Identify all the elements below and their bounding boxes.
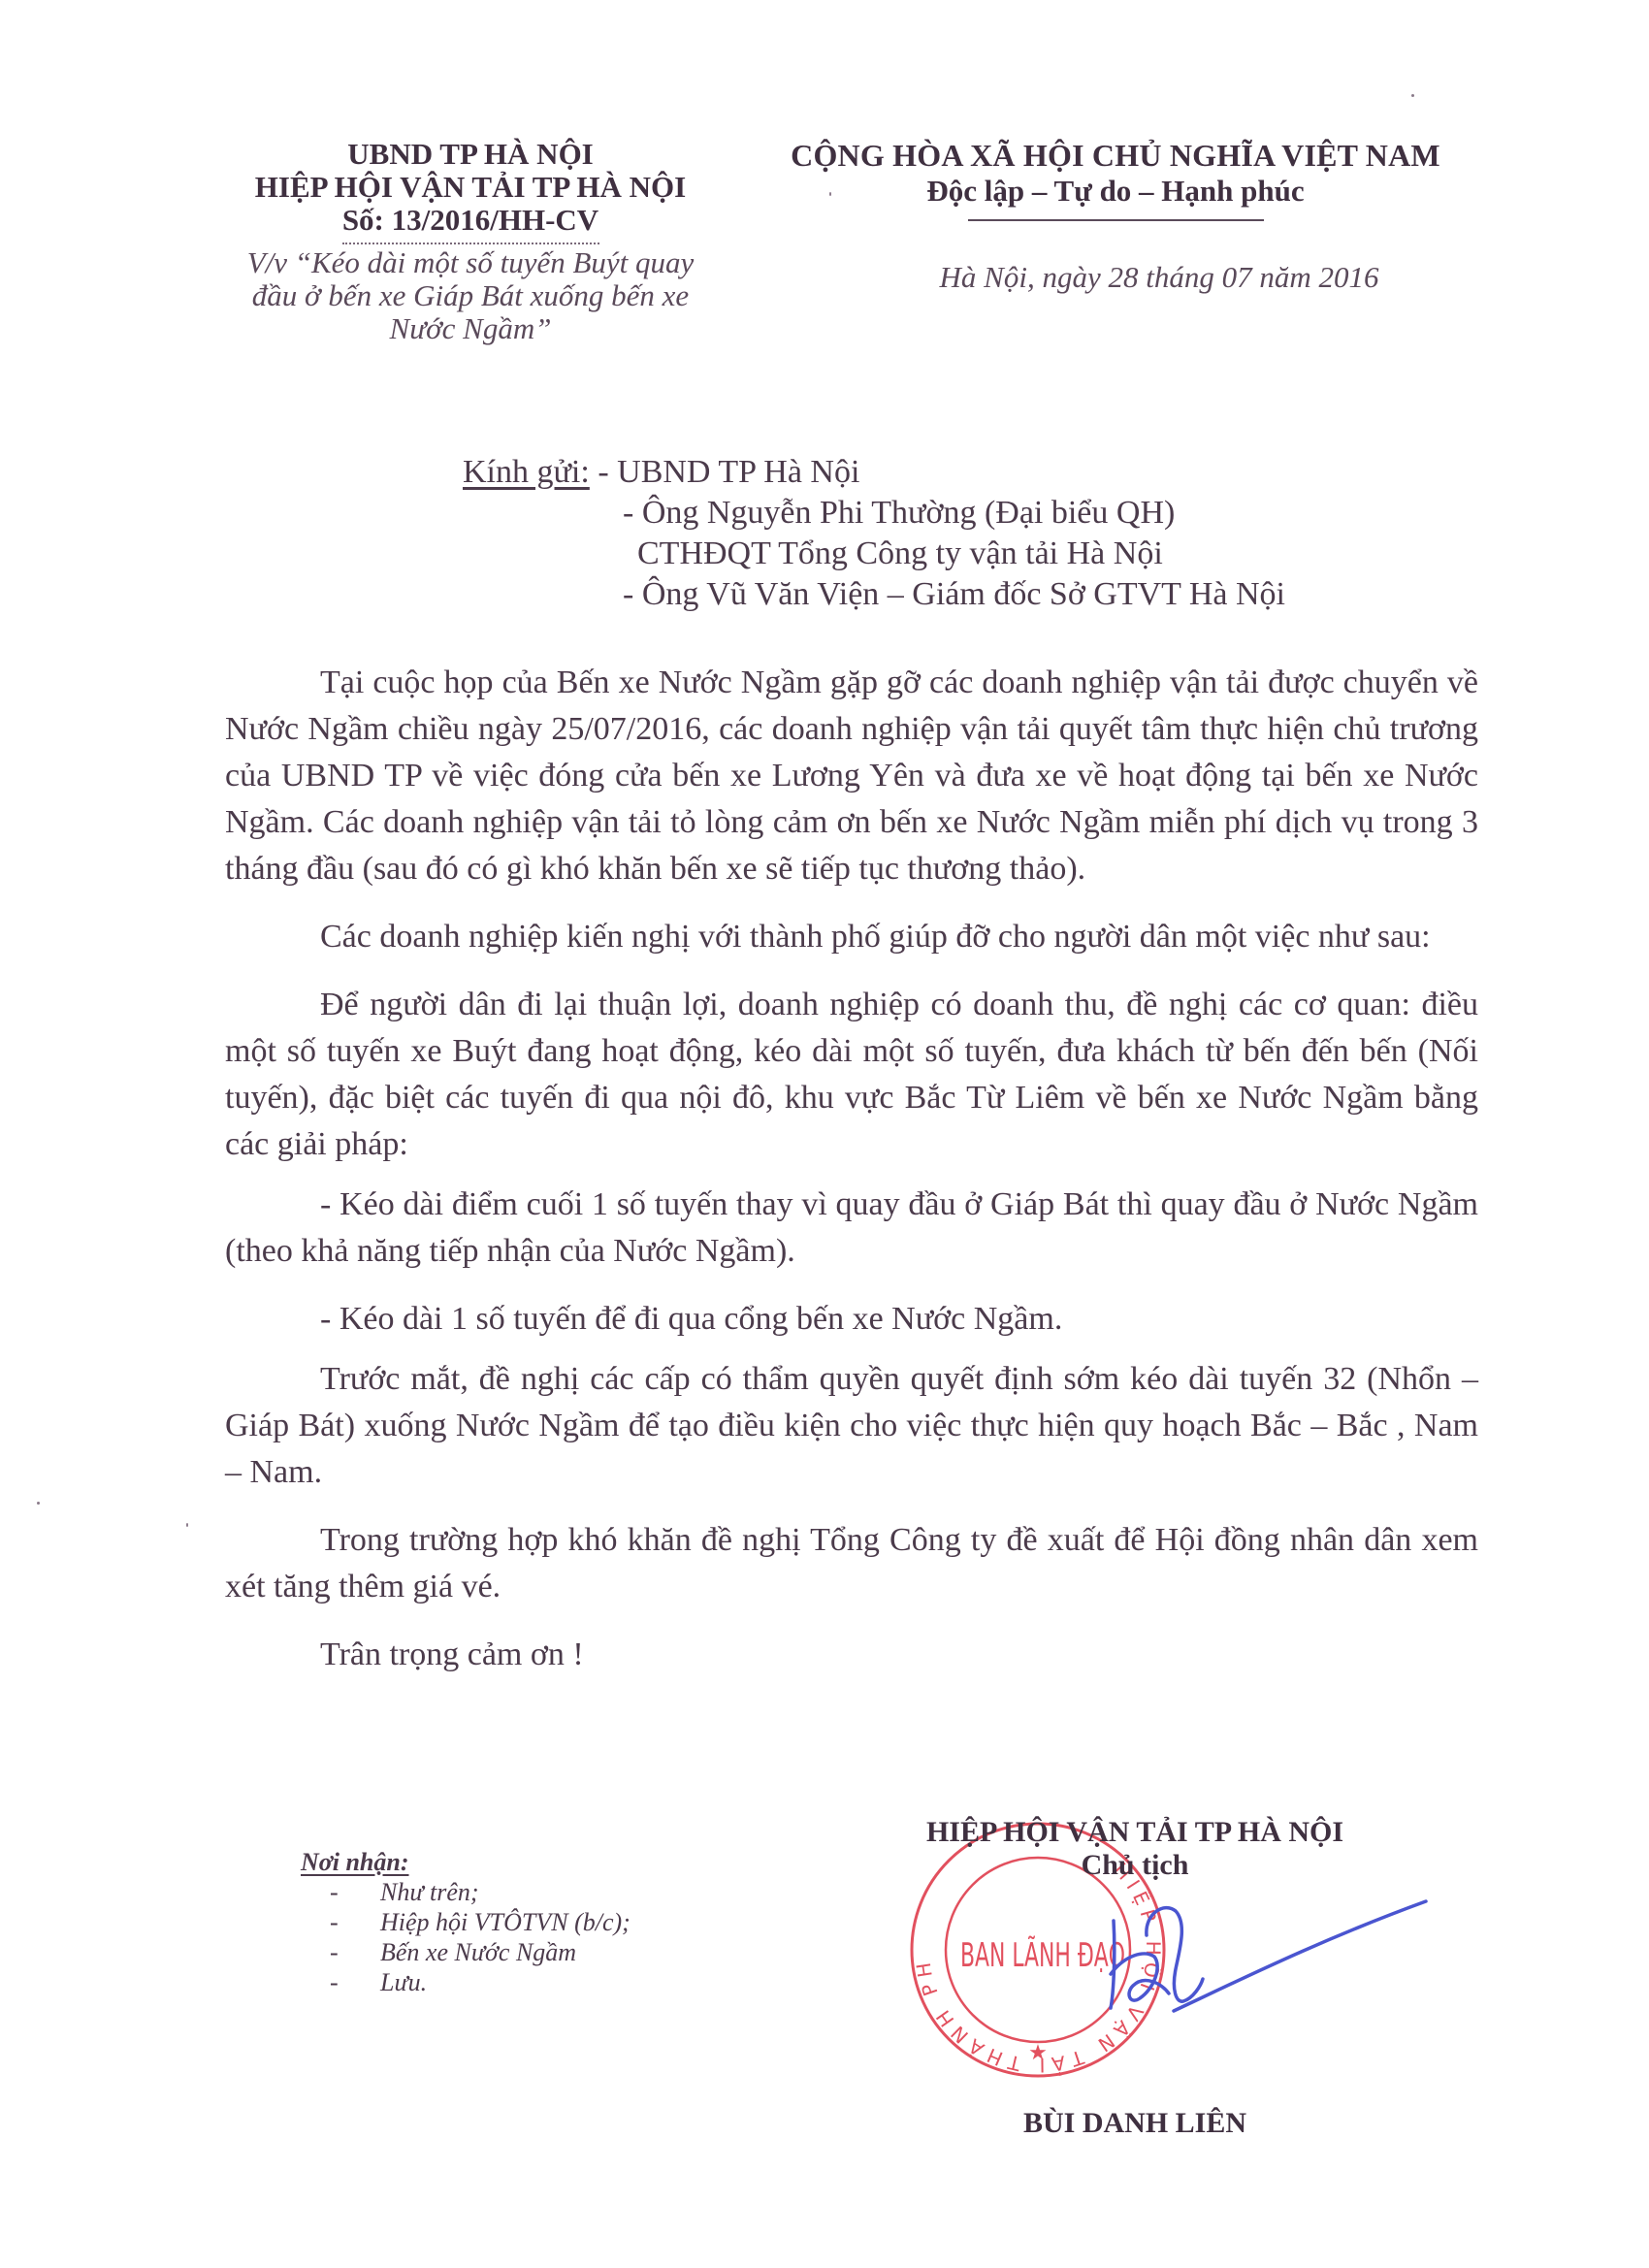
paragraph-solution-2: - Kéo dài 1 số tuyến để đi qua cổng bến …: [225, 1296, 1478, 1343]
national-motto: Độc lập – Tự do – Hạnh phúc: [737, 173, 1494, 210]
distribution-item: -Bến xe Nước Ngầm: [301, 1938, 630, 1967]
signer-role: Chủ tịch: [854, 1849, 1416, 1882]
handwritten-signature: [1086, 1896, 1445, 2042]
signer-organization: HIỆP HỘI VẬN TẢI TP HÀ NỘI: [854, 1816, 1416, 1849]
recipients-block: Kính gửi: - UBND TP Hà Nội - Ông Nguyễn …: [463, 452, 1285, 615]
paragraph-proposal: Để người dân đi lại thuận lợi, doanh ngh…: [225, 982, 1478, 1168]
issuer-header: UBND TP HÀ NỘI HIỆP HỘI VẬN TẢI TP HÀ NỘ…: [184, 138, 757, 345]
seal-star-icon: ★: [1028, 2040, 1048, 2064]
paragraph-meeting: Tại cuộc họp của Bến xe Nước Ngầm gặp gỡ…: [225, 660, 1478, 892]
subject-line-1: V/v “Kéo dài một số tuyến Buýt quay: [184, 246, 757, 279]
scan-speck: [829, 192, 831, 196]
paragraph-fare: Trong trường hợp khó khăn đề nghị Tổng C…: [225, 1517, 1478, 1610]
scan-speck: [37, 1502, 40, 1505]
motto-underline: [968, 219, 1264, 221]
distribution-item: -Như trên;: [301, 1878, 630, 1907]
subject-line-2: đầu ở bến xe Giáp Bát xuống bến xe: [184, 279, 757, 312]
distribution-list: Nơi nhận: -Như trên; -Hiệp hội VTÔTVN (b…: [301, 1848, 630, 1997]
scan-speck: [1411, 94, 1414, 97]
recipient-2: - Ông Nguyễn Phi Thường (Đại biểu QH): [463, 493, 1285, 534]
recipient-1: - UBND TP Hà Nội: [598, 454, 859, 490]
issuer-organization: HIỆP HỘI VẬN TẢI TP HÀ NỘI: [184, 171, 757, 204]
dotted-divider: [342, 243, 599, 244]
signature-block: HIỆP HỘI VẬN TẢI TP HÀ NỘI Chủ tịch BÙI …: [854, 1816, 1416, 1882]
issuer-authority: UBND TP HÀ NỘI: [184, 138, 757, 171]
subject-line-3: Nước Ngầm”: [184, 312, 757, 345]
nation-title: CỘNG HÒA XÃ HỘI CHỦ NGHĨA VIỆT NAM: [737, 138, 1494, 173]
paragraph-route-32: Trước mắt, đề nghị các cấp có thẩm quyền…: [225, 1356, 1478, 1496]
paragraph-petition-intro: Các doanh nghiệp kiến nghị với thành phố…: [225, 914, 1478, 960]
recipients-label: Kính gửi:: [463, 454, 590, 490]
letter-body: Tại cuộc họp của Bến xe Nước Ngầm gặp gỡ…: [225, 660, 1478, 1678]
paragraph-solution-1: - Kéo dài điểm cuối 1 số tuyến thay vì q…: [225, 1182, 1478, 1275]
national-header: CỘNG HÒA XÃ HỘI CHỦ NGHĨA VIỆT NAM Độc l…: [737, 138, 1494, 295]
scan-speck: [186, 1523, 188, 1527]
distribution-item: -Hiệp hội VTÔTVN (b/c);: [301, 1908, 630, 1937]
document-date: Hà Nội, ngày 28 tháng 07 năm 2016: [737, 260, 1494, 295]
signer-name: BÙI DANH LIÊN: [854, 2107, 1416, 2140]
document-number: Số: 13/2016/HH-CV: [184, 204, 757, 237]
closing-thanks: Trân trọng cảm ơn !: [225, 1632, 1478, 1678]
distribution-title: Nơi nhận:: [301, 1848, 630, 1877]
recipient-3: - Ông Vũ Văn Viện – Giám đốc Sở GTVT Hà …: [463, 574, 1285, 615]
recipient-2-title: CTHĐQT Tổng Công ty vận tải Hà Nội: [463, 534, 1285, 574]
distribution-item: -Lưu.: [301, 1968, 630, 1997]
